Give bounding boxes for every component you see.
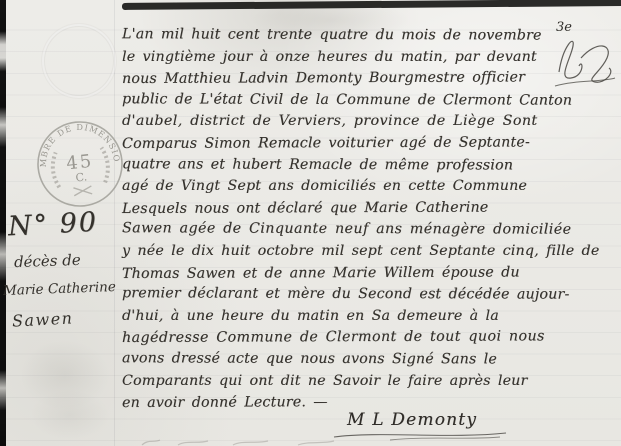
manuscript-line: y née le dix huit octobre mil sept cent … [122,241,620,263]
margin-note-line: Sawen [12,308,74,330]
manuscript-line: public de L'état Civil de la Commune de … [122,89,620,112]
margin-note-line: décès de [14,251,81,271]
manuscript-line: nous Matthieu Ladvin Demonty Bourgmestre… [122,67,620,91]
act-number: N° 90 [7,207,99,243]
manuscript-line: Sawen agée de Cinquante neuf ans ménagèr… [122,219,620,242]
svg-text:C.: C. [75,170,88,184]
manuscript-line: le vingtième jour à onze heures du matin… [122,47,620,69]
manuscript-line: agé de Vingt Sept ans domiciliés en cett… [122,176,620,198]
manuscript-line: Thomas Sawen et de anne Marie Willem épo… [122,262,620,286]
manuscript-line: d'hui, à une heure du matin en Sa demeur… [122,306,620,328]
blind-emboss-stamp-icon [42,24,116,98]
bleedthrough-smudge [30,390,110,440]
laurel-branch-left [51,152,59,187]
laurel-branch-right [101,147,109,182]
binding-edge [0,0,6,446]
manuscript-line: L'an mil huit cent trente quatre du mois… [122,24,620,47]
manuscript-line: Comparus Simon Remacle voiturier agé de … [122,132,620,156]
margin-note-line: Marie Catherine [3,279,116,299]
manuscript-line: Lesquels nous ont déclaré que Marie Cath… [122,197,620,221]
next-entry-partial-strokes [138,437,438,446]
manuscript-line: hagédresse Commune de Clermont de tout q… [122,326,620,350]
officer-signature: M L Demonty [347,410,477,430]
manuscript-line: d'aubel, district de Verviers, province … [122,111,620,133]
manuscript-line: quatre ans et hubert Remacle de même pro… [122,154,620,177]
timbre-de-dimension-stamp-icon: TIMBRE DE DIMENSION 45 C. [28,112,131,215]
page-top-edge [122,0,621,10]
manuscript-line: Comparants qui ont dit ne Savoir le fair… [122,371,620,393]
manuscript-line: avons dressé acte que nous avons Signé S… [122,348,620,371]
laurel-crossed-stems [73,186,92,196]
document-page: TIMBRE DE DIMENSION 45 C. N° 90 décès de… [0,0,621,446]
manuscript-line: premier déclarant et mère du Second est … [122,283,620,306]
bleedthrough-smudge [20,340,110,410]
manuscript-text: L'an mil huit cent trente quatre du mois… [122,25,620,414]
